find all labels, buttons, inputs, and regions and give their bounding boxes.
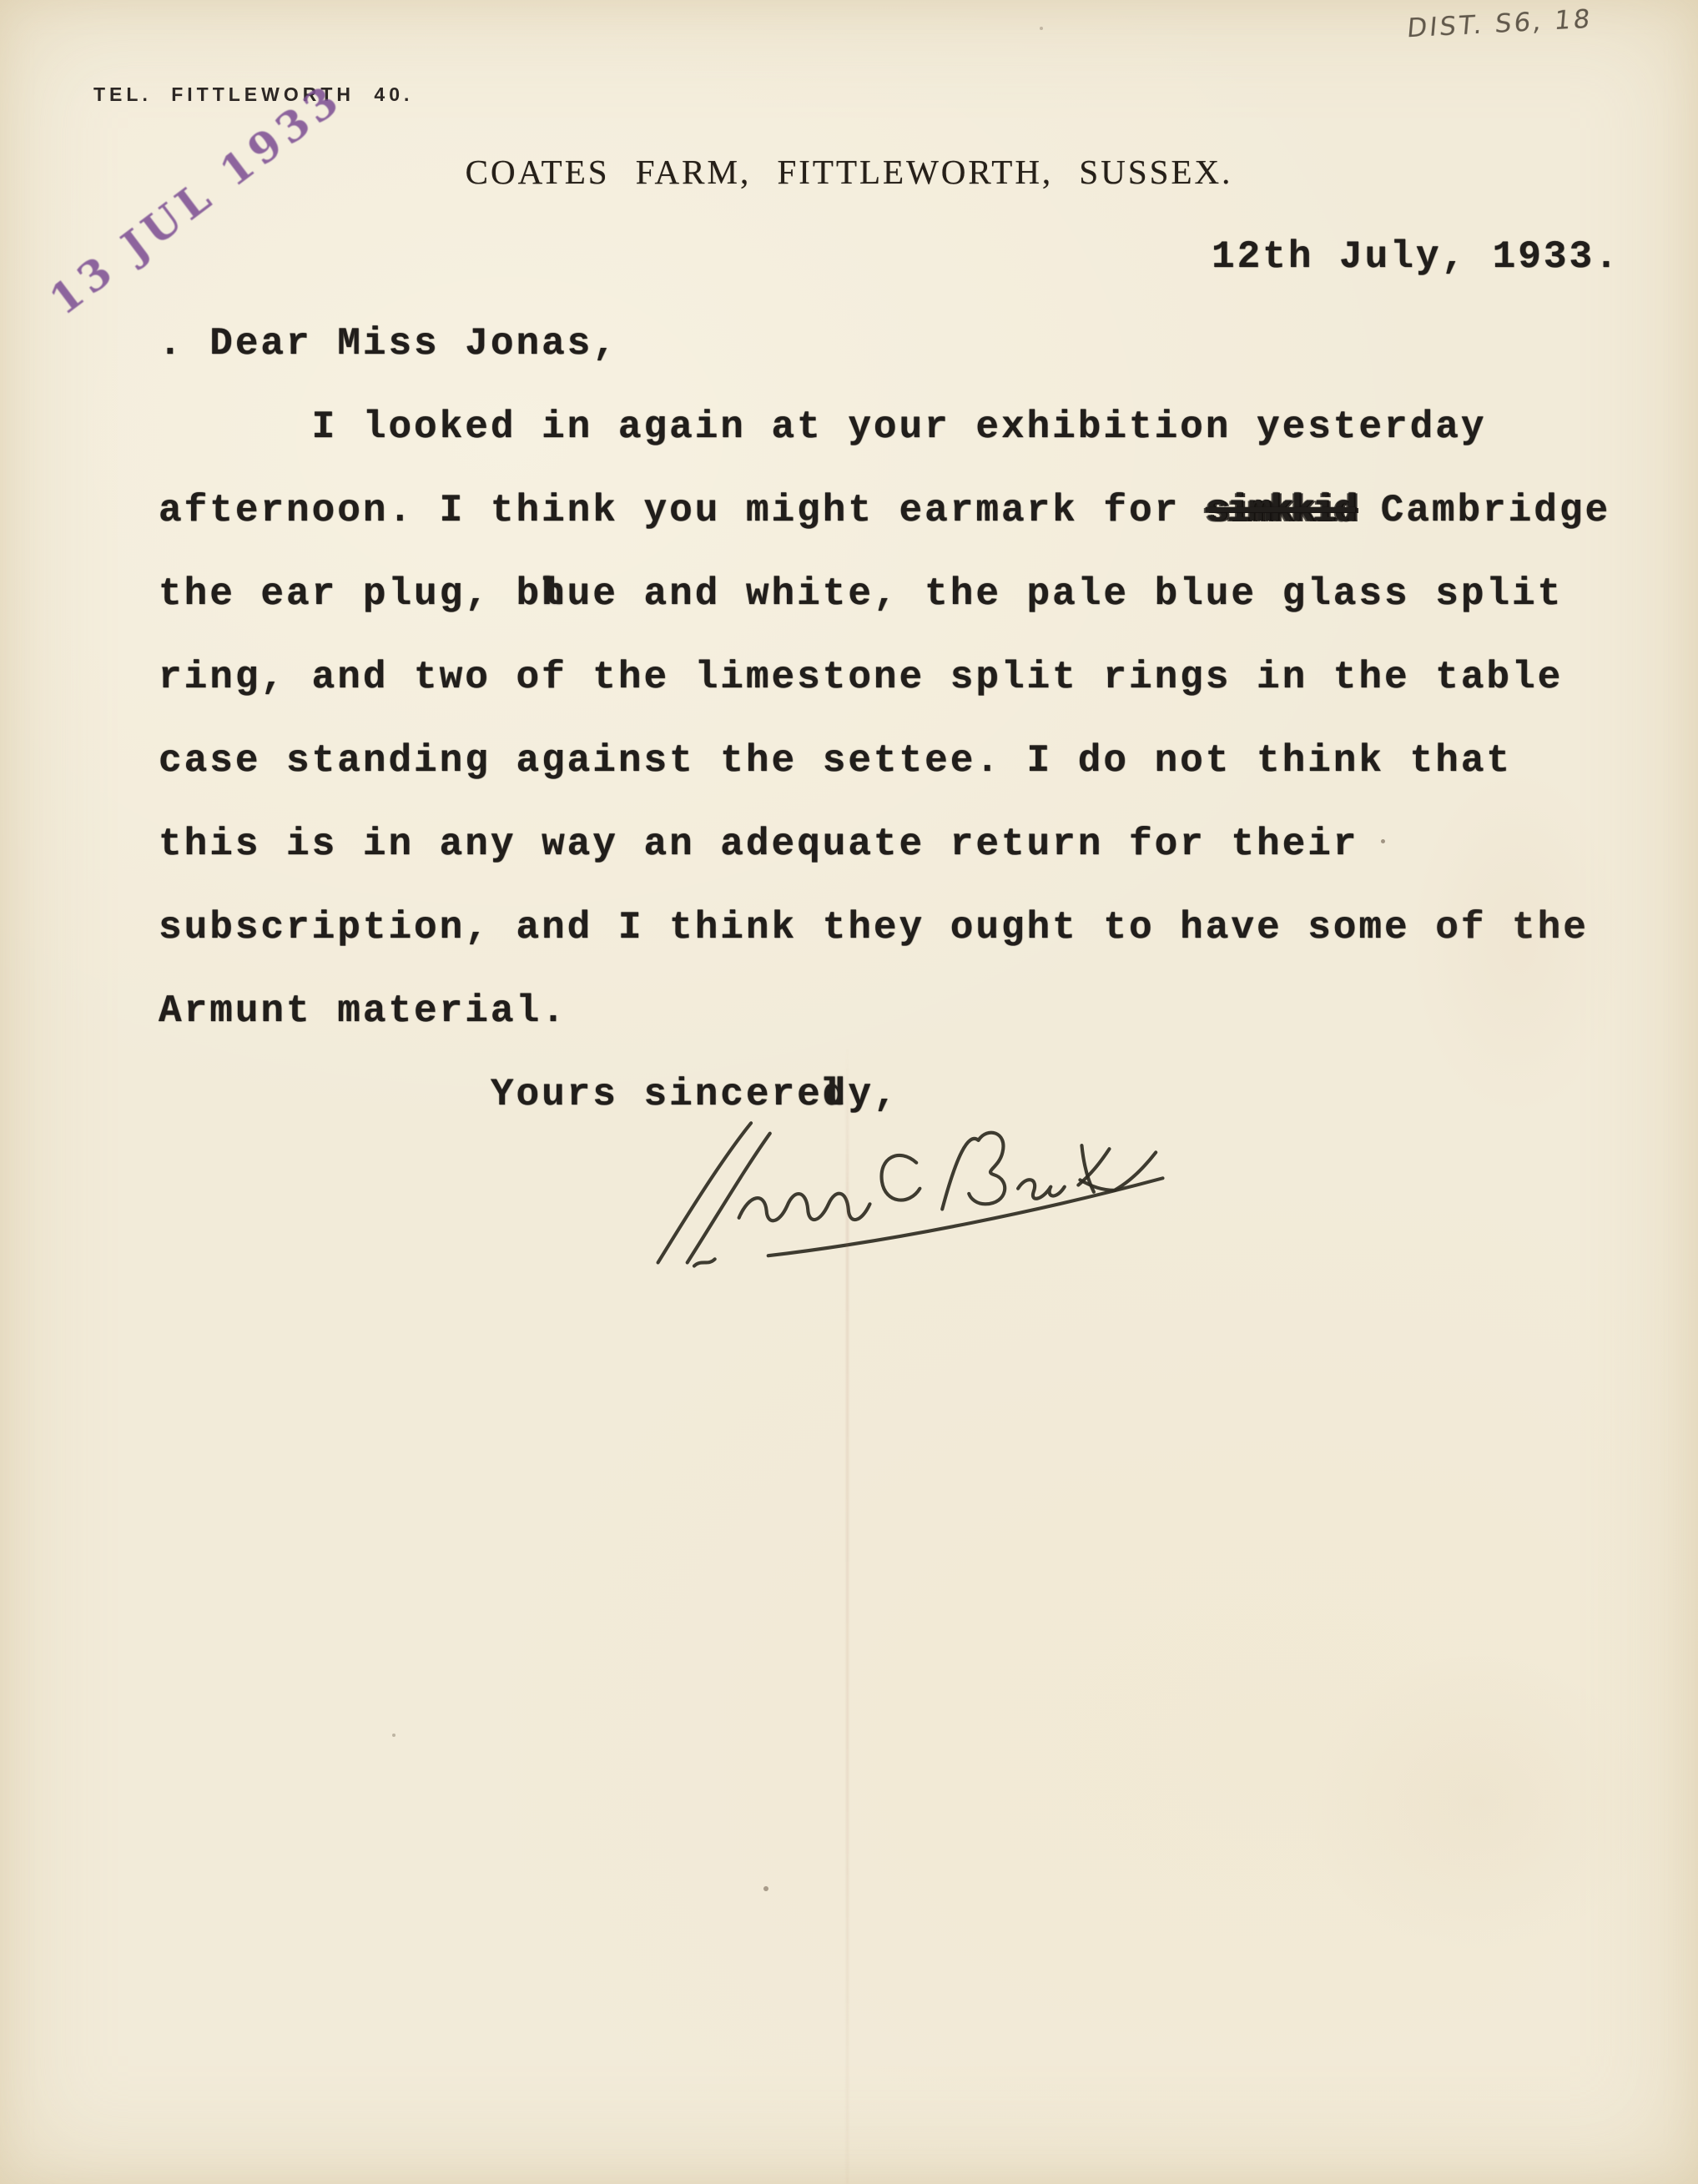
archival-annotation: DIST. S6, 18 bbox=[1406, 3, 1594, 43]
paper-speck bbox=[392, 1734, 396, 1737]
paper-fold-crease bbox=[846, 1047, 849, 2184]
paper-speck bbox=[1040, 27, 1043, 30]
typed-line: the ear plug, bhlue and white, the pale … bbox=[159, 552, 1694, 636]
letter-date: 12th July, 1933. bbox=[1212, 235, 1620, 279]
letterhead-telephone: TEL. FITTLEWORTH 40. bbox=[93, 83, 413, 106]
paper-speck bbox=[1381, 839, 1385, 843]
letter-page: DIST. S6, 18 TEL. FITTLEWORTH 40. COATES… bbox=[0, 0, 1698, 2184]
paper-stain bbox=[1302, 1652, 1652, 1952]
received-date-stamp: 13 JUL 1933 bbox=[40, 73, 351, 325]
typed-line: . Dear Miss Jonas, bbox=[159, 302, 1694, 385]
signature-handwritten bbox=[642, 1097, 1177, 1270]
paper-stain bbox=[1410, 767, 1627, 1118]
struck-out-word: simkkid bbox=[1206, 489, 1355, 532]
typed-line: ring, and two of the limestone split rin… bbox=[159, 636, 1694, 719]
paper-speck bbox=[763, 1886, 768, 1891]
typed-line: afternoon. I think you might earmark for… bbox=[159, 469, 1694, 552]
typed-line: I looked in again at your exhibition yes… bbox=[159, 385, 1694, 469]
